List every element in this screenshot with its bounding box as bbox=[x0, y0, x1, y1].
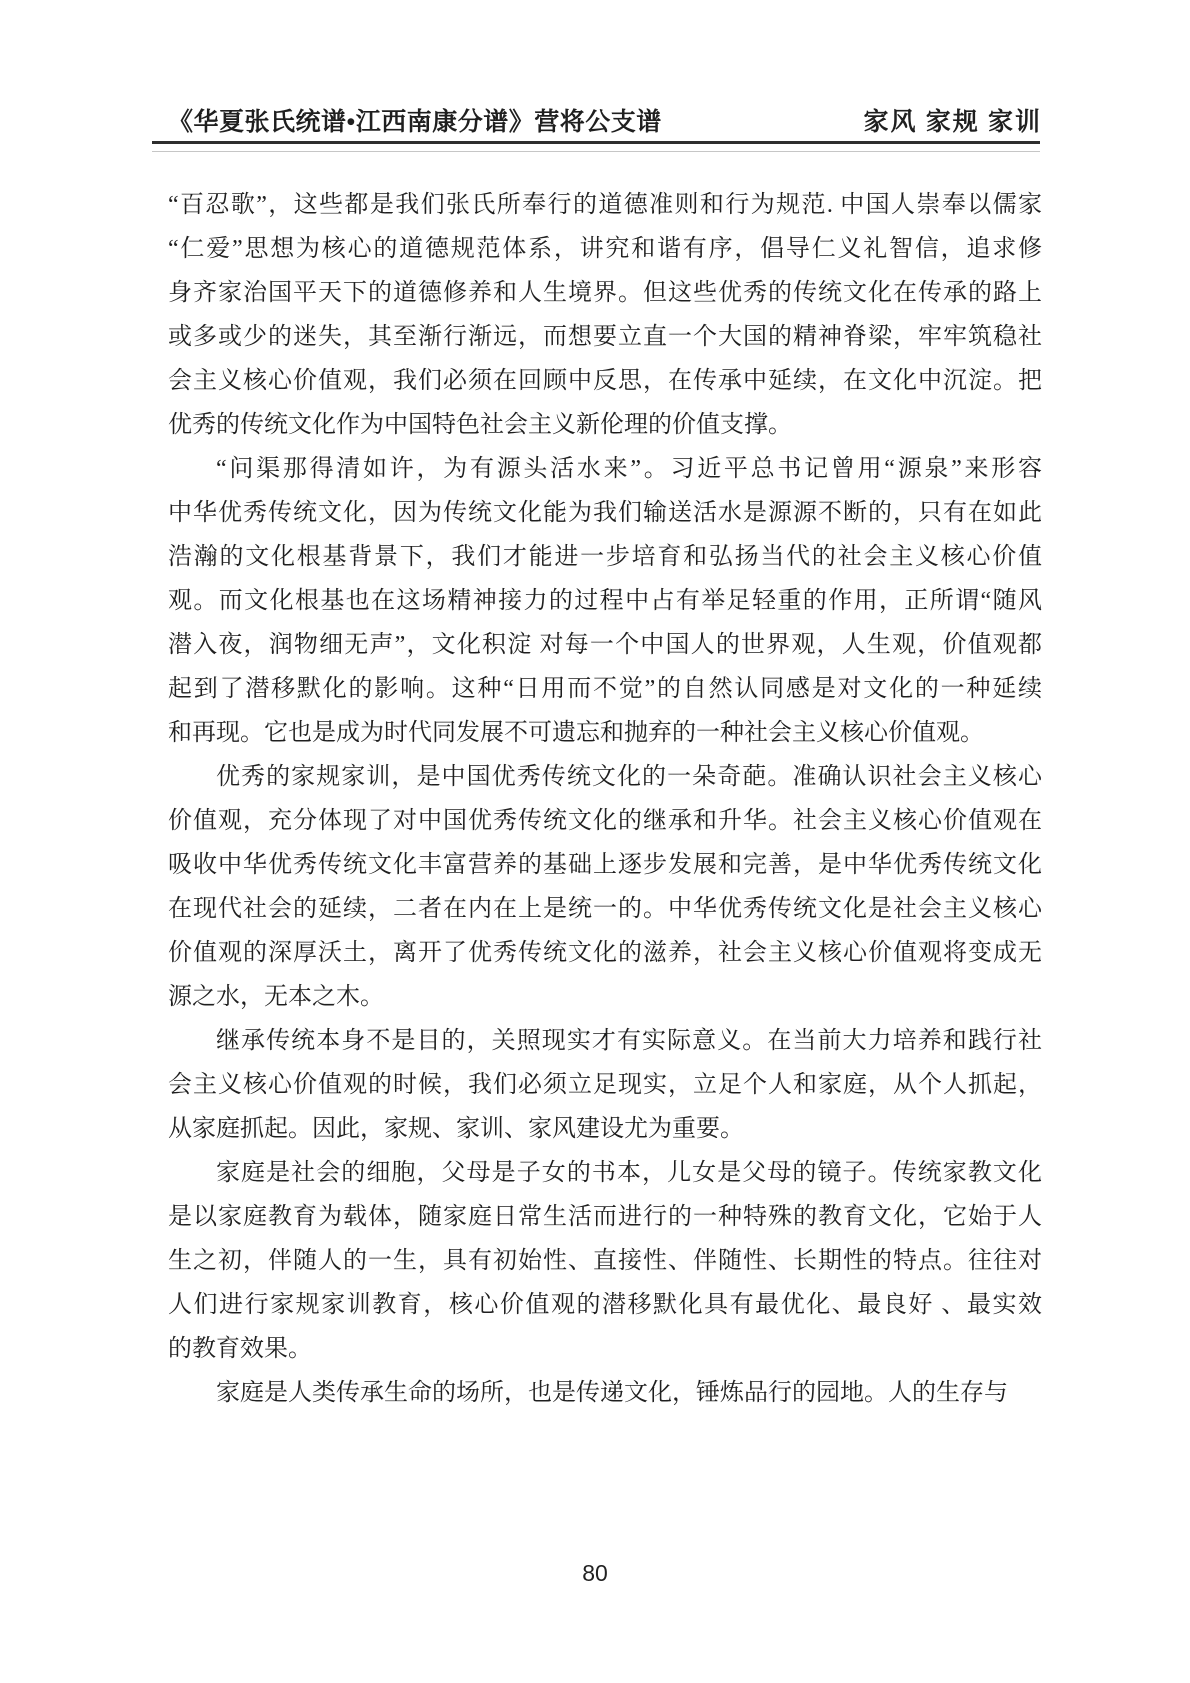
page-number: 80 bbox=[0, 1560, 1190, 1587]
text-line: 潜入夜，润物细无声”，文化积淀 对每一个中国人的世界观，人生观，价值观都 bbox=[168, 623, 1042, 667]
text-line: 是以家庭教育为载体，随家庭日常生活而进行的一种特殊的教育文化，它始于人 bbox=[168, 1195, 1042, 1239]
paragraph: 家庭是人类传承生命的场所，也是传递文化，锤炼品行的园地。人的生存与 bbox=[168, 1371, 1042, 1415]
document-page: 《华夏张氏统谱•江西南康分谱》营将公支谱 家风 家规 家训 “百忍歌”，这些都是… bbox=[0, 0, 1190, 1683]
text-line: 的教育效果。 bbox=[168, 1327, 1042, 1371]
text-line: 从家庭抓起。因此，家规、家训、家风建设尤为重要。 bbox=[168, 1107, 1042, 1151]
text-line: 继承传统本身不是目的，关照现实才有实际意义。在当前大力培养和践行社 bbox=[168, 1019, 1042, 1063]
text-line: 或多或少的迷失，其至渐行渐远，而想要立直一个大国的精神脊梁，牢牢筑稳社 bbox=[168, 315, 1042, 359]
header-book-title: 《华夏张氏统谱•江西南康分谱》营将公支谱 bbox=[168, 102, 662, 138]
text-line: 会主义核心价值观，我们必须在回顾中反思，在传承中延续，在文化中沉淀。把 bbox=[168, 359, 1042, 403]
text-line: 价值观的深厚沃土，离开了优秀传统文化的滋养，社会主义核心价值观将变成无 bbox=[168, 931, 1042, 975]
text-line: 优秀的传统文化作为中国特色社会主义新伦理的价值支撑。 bbox=[168, 403, 1042, 447]
body-text: “百忍歌”，这些都是我们张氏所奉行的道德准则和行为规范. 中国人崇奉以儒家“仁爱… bbox=[168, 183, 1042, 1415]
header-section-title: 家风 家规 家训 bbox=[863, 102, 1042, 138]
text-line: 生之初，伴随人的一生，具有初始性、直接性、伴随性、长期性的特点。往往对 bbox=[168, 1239, 1042, 1283]
text-line: 和再现。它也是成为时代同发展不可遗忘和抛弃的一种社会主义核心价值观。 bbox=[168, 711, 1042, 755]
page-header: 《华夏张氏统谱•江西南康分谱》营将公支谱 家风 家规 家训 bbox=[168, 102, 1042, 138]
header-rule bbox=[152, 141, 1040, 152]
paragraph: 优秀的家规家训，是中国优秀传统文化的一朵奇葩。准确认识社会主义核心价值观，充分体… bbox=[168, 755, 1042, 1019]
text-line: 起到了潜移默化的影响。这种“日用而不觉”的自然认同感是对文化的一种延续 bbox=[168, 667, 1042, 711]
text-line: 价值观，充分体现了对中国优秀传统文化的继承和升华。社会主义核心价值观在 bbox=[168, 799, 1042, 843]
paragraph: “问渠那得清如许，为有源头活水来”。习近平总书记曾用“源泉”来形容中华优秀传统文… bbox=[168, 447, 1042, 755]
text-line: 人们进行家规家训教育，核心价值观的潜移默化具有最优化、最良好 、最实效 bbox=[168, 1283, 1042, 1327]
text-line: “仁爱”思想为核心的道德规范体系，讲究和谐有序，倡导仁义礼智信，追求修 bbox=[168, 227, 1042, 271]
text-line: 家庭是社会的细胞，父母是子女的书本，儿女是父母的镜子。传统家教文化 bbox=[168, 1151, 1042, 1195]
paragraph: 继承传统本身不是目的，关照现实才有实际意义。在当前大力培养和践行社会主义核心价值… bbox=[168, 1019, 1042, 1151]
text-line: 吸收中华优秀传统文化丰富营养的基础上逐步发展和完善，是中华优秀传统文化 bbox=[168, 843, 1042, 887]
paragraph: “百忍歌”，这些都是我们张氏所奉行的道德准则和行为规范. 中国人崇奉以儒家“仁爱… bbox=[168, 183, 1042, 447]
text-line: “问渠那得清如许，为有源头活水来”。习近平总书记曾用“源泉”来形容 bbox=[168, 447, 1042, 491]
text-line: 中华优秀传统文化，因为传统文化能为我们输送活水是源源不断的，只有在如此 bbox=[168, 491, 1042, 535]
text-line: 家庭是人类传承生命的场所，也是传递文化，锤炼品行的园地。人的生存与 bbox=[168, 1371, 1042, 1415]
text-line: “百忍歌”，这些都是我们张氏所奉行的道德准则和行为规范. 中国人崇奉以儒家 bbox=[168, 183, 1042, 227]
text-line: 会主义核心价值观的时候，我们必须立足现实，立足个人和家庭，从个人抓起， bbox=[168, 1063, 1042, 1107]
text-line: 观。而文化根基也在这场精神接力的过程中占有举足轻重的作用，正所谓“随风 bbox=[168, 579, 1042, 623]
text-line: 优秀的家规家训，是中国优秀传统文化的一朵奇葩。准确认识社会主义核心 bbox=[168, 755, 1042, 799]
text-line: 浩瀚的文化根基背景下，我们才能进一步培育和弘扬当代的社会主义核心价值 bbox=[168, 535, 1042, 579]
paragraph: 家庭是社会的细胞，父母是子女的书本，儿女是父母的镜子。传统家教文化是以家庭教育为… bbox=[168, 1151, 1042, 1371]
text-line: 在现代社会的延续，二者在内在上是统一的。中华优秀传统文化是社会主义核心 bbox=[168, 887, 1042, 931]
text-line: 身齐家治国平天下的道德修养和人生境界。但这些优秀的传统文化在传承的路上 bbox=[168, 271, 1042, 315]
text-line: 源之水，无本之木。 bbox=[168, 975, 1042, 1019]
